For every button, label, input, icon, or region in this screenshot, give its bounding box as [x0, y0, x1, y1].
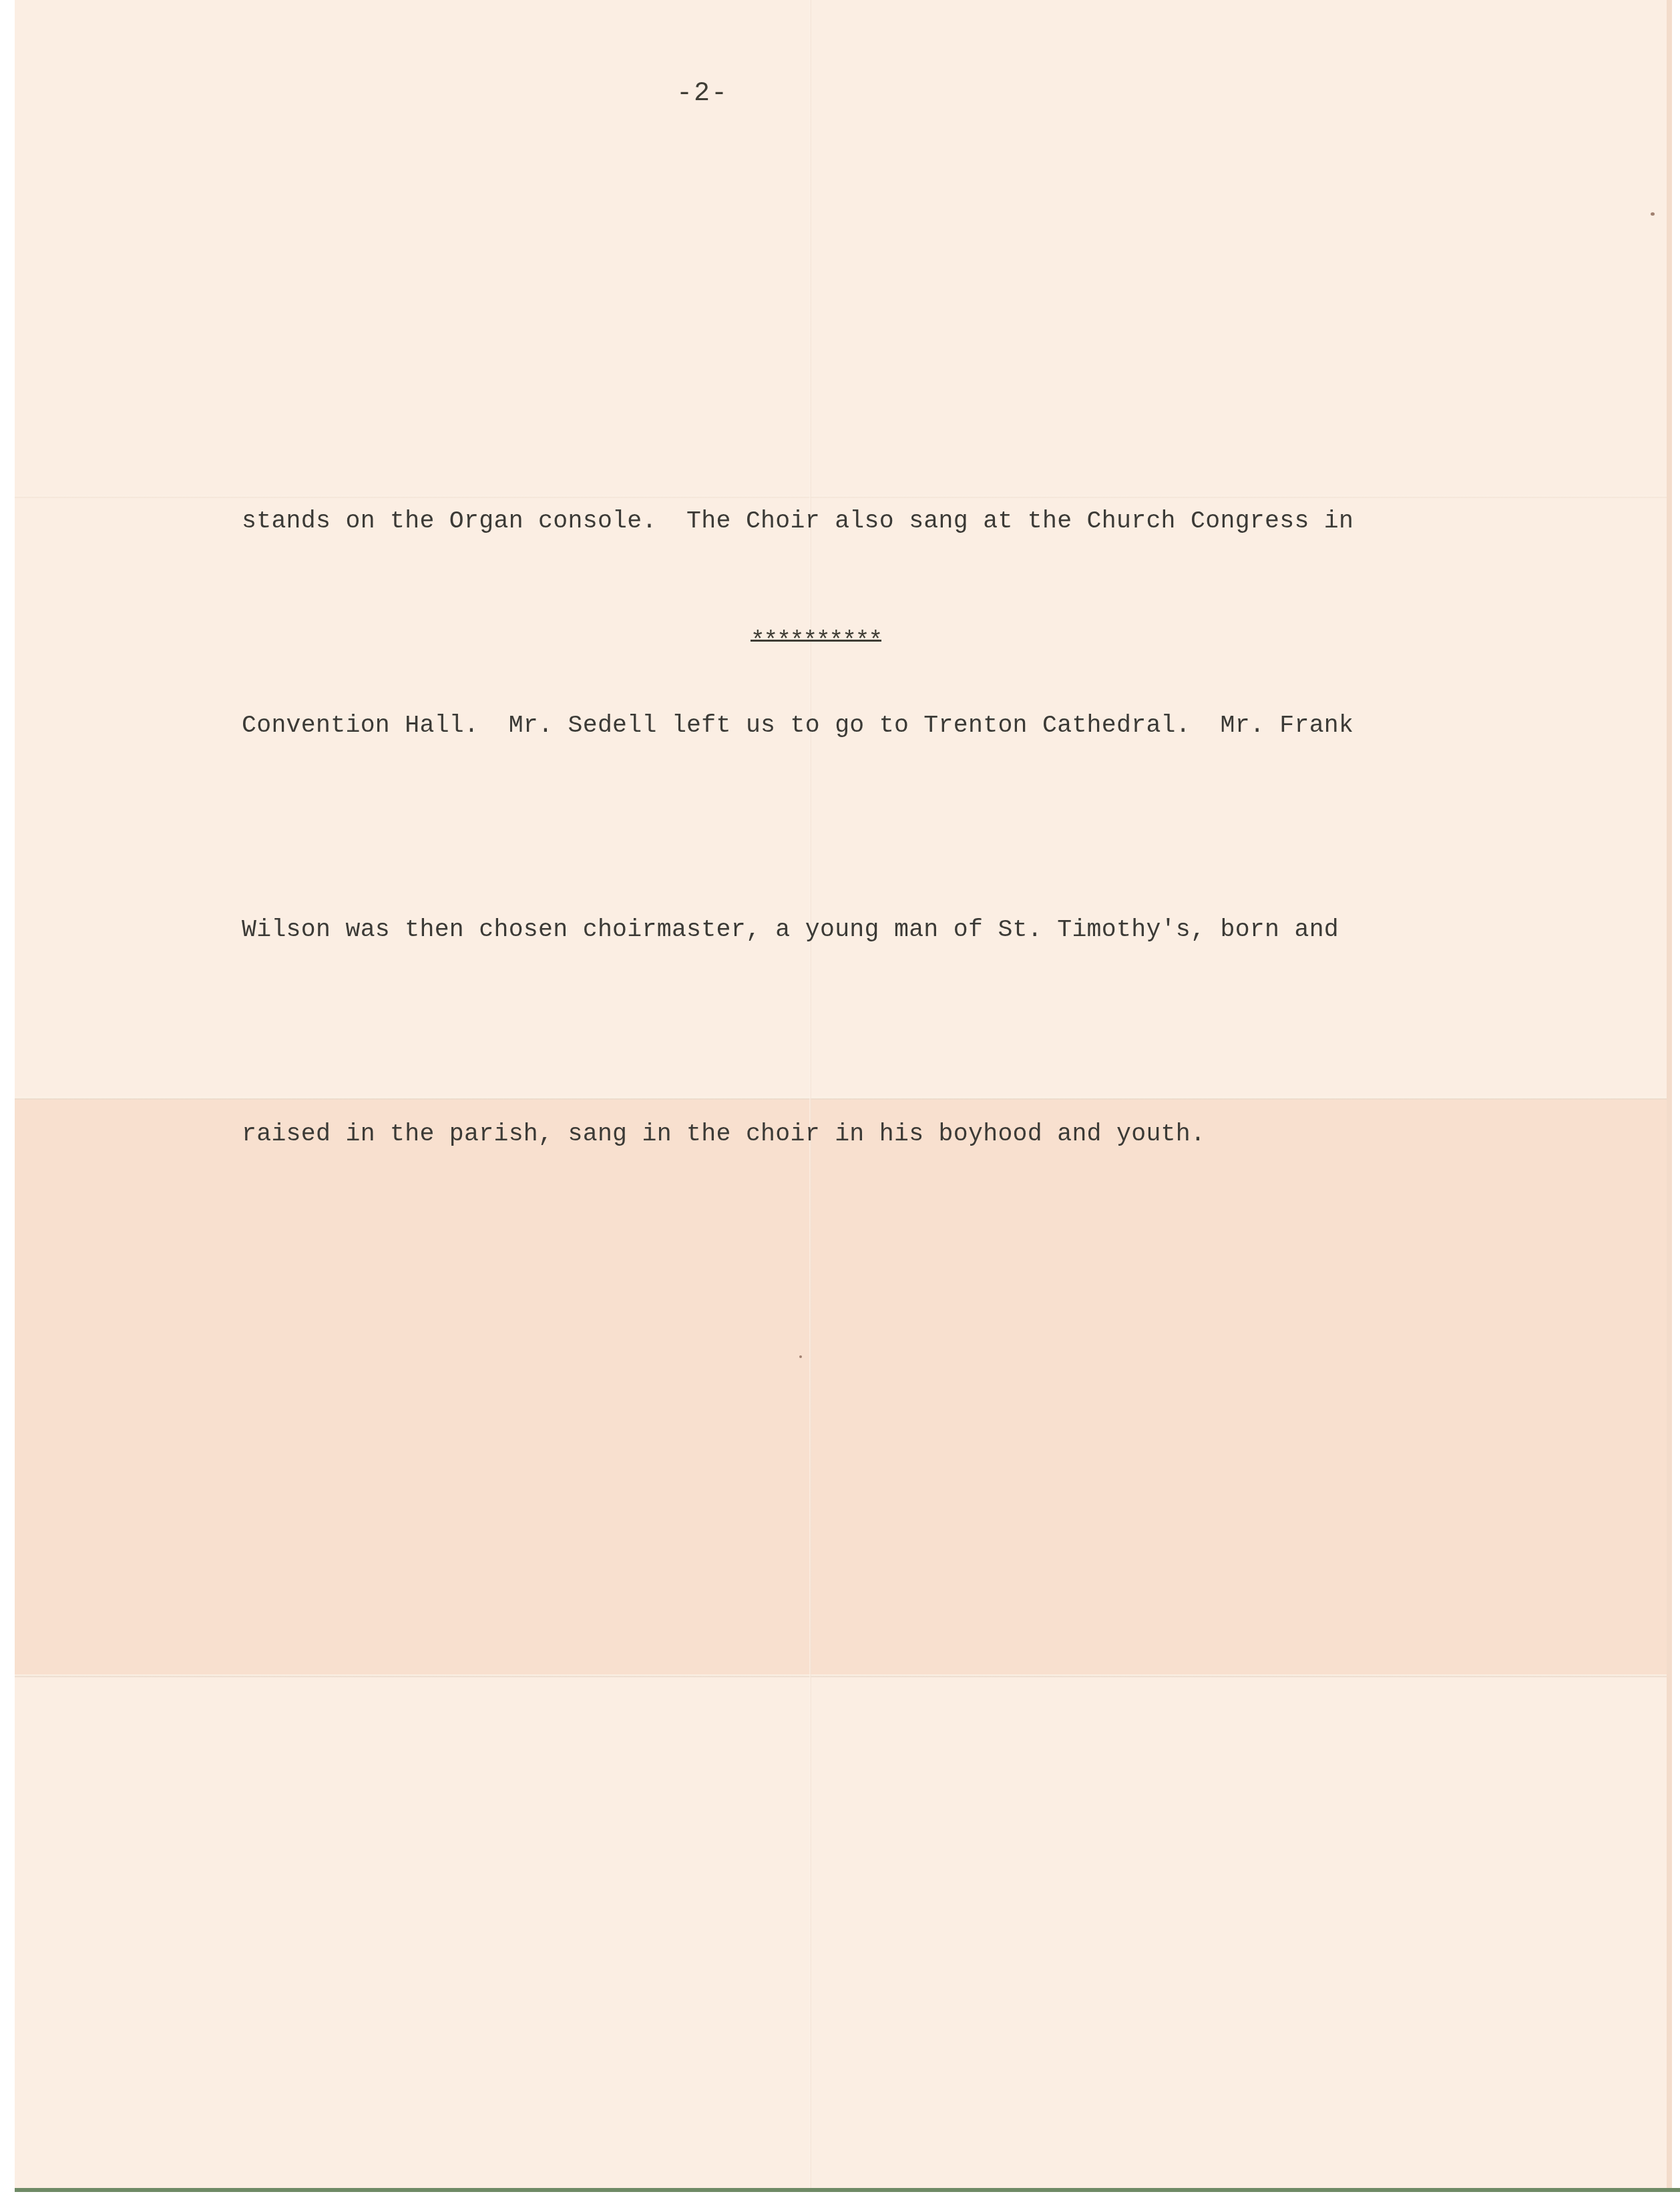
page-number: -2- [15, 79, 1390, 109]
paper-speck [1651, 212, 1655, 216]
scanner-bottom-edge [15, 2188, 1680, 2192]
horizontal-fold-crease [15, 1675, 1672, 1677]
asterisk-separator: ********** [15, 628, 1617, 655]
text-line: raised in the parish, sang in the choir … [242, 1100, 1510, 1168]
document-page: -2- stands on the Organ console. The Cho… [15, 0, 1672, 2188]
text-line: stands on the Organ console. The Choir a… [242, 487, 1510, 556]
text-line: Wilson was then chosen choirmaster, a yo… [242, 896, 1510, 964]
paper-speck [799, 1355, 802, 1358]
paper-right-edge [1667, 0, 1672, 2188]
text-line: Convention Hall. Mr. Sedell left us to g… [242, 692, 1510, 760]
typed-paragraph: stands on the Organ console. The Choir a… [242, 351, 1510, 1305]
